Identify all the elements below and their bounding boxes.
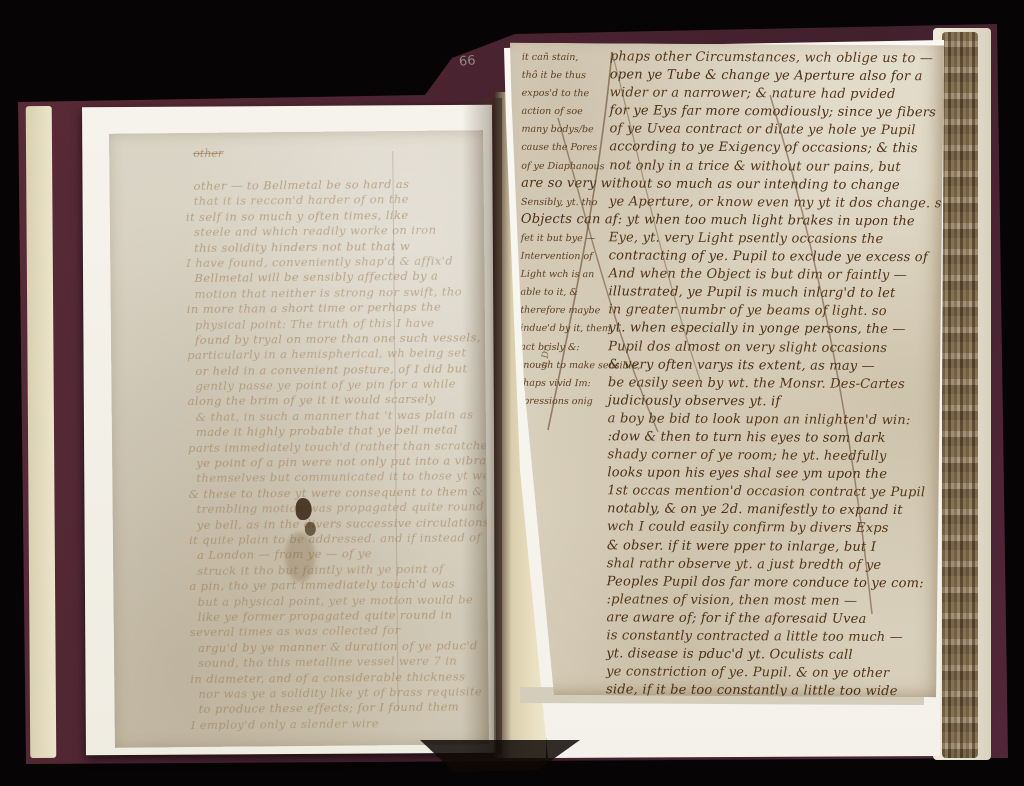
line-text: :dow & then to turn his eyes to som dark [608,429,886,446]
left-text-block: other — to Bellmetal be so hard asthat i… [110,176,489,734]
margin-note: act brisly &: [520,341,608,353]
margin-note: fet it but bye — [521,233,609,245]
line-text: Pupil dos almost on very slight occasion… [608,339,887,356]
line-text: wch I could easily confirm by divers Exp… [607,520,889,537]
manuscript-photo: other other — to Bellmetal be so hard as… [0,0,1024,786]
line-text: phaps other Circumstances, wch oblige us… [610,49,933,66]
margin-note: Intervention of [521,251,609,263]
margin-note [520,440,608,441]
margin-note: Sensibly, yt. tho [521,197,609,209]
margin-note: of ye Diaphanous [521,160,609,172]
margin-note: action of soe [522,106,610,118]
line-text: Objects can af: yt when too much light b… [521,212,915,229]
margin-note: many bodys/be [521,124,609,136]
line-text: Eye, yt. very Light psently occasions th… [609,230,884,247]
left-heading-struck: other [193,147,223,160]
line-text: 1st occas mention'd occasion contract ye… [607,484,925,501]
line-text: side, if it be too constantly a little t… [606,683,898,698]
margin-note: therefore maybe [520,305,608,317]
line-text: according to ye Exigency of occasions; &… [609,140,917,157]
line-text: :pleatnes of vision, then most men — [607,592,858,609]
line-text: in greater numbr of ye beams of light. s… [608,303,887,320]
manuscript-line-left: I employ'd only a slender wire [115,715,489,734]
line-text: be easily seen by wt. the Monsr. Des-Car… [608,375,905,392]
manuscript-line-right: side, if it be too constantly a little t… [518,682,938,697]
ink-blot [296,498,312,520]
margin-note: able to it, & [520,287,608,299]
margin-note: Light wch is an [521,269,609,281]
line-text: open ye Tube & change ye Aperture also f… [610,67,923,84]
line-text: & very often varys its extent, as may — [608,357,875,374]
line-text: shal rathr observe yt. a just bredth of … [607,556,882,573]
line-text: are aware of; for if the aforesaid Uvea [606,610,866,627]
line-text: judiciously observes yt. if [608,393,781,409]
margin-note: cause the Pores [521,142,609,154]
line-text: contracting of ye. Pupil to exclude ye e… [609,248,928,265]
line-text: looks upon his eyes shal see ym upon the [607,465,887,482]
line-text: wider or a narrower; & nature had pvided [610,85,896,102]
line-text: a boy be bid to look upon an inlighten'd… [608,411,911,428]
line-text: illustrated, ye Pupil is much inlarg'd t… [608,285,895,302]
ink-stain [285,532,315,582]
line-text: yt. disease is pduc'd yt. Oculists call [606,646,853,663]
gutter-margin-scribble: h Dr [540,346,552,367]
line-text: & obser. if it were pper to inlarge, but… [607,538,876,555]
margin-note [519,458,607,459]
line-text: notably, & on ye 2d. manifestly to expan… [607,502,903,519]
margin-note: expos'd to the [522,88,610,100]
line-text: of ye Uvea contract or dilate ye hole ye… [609,122,915,139]
line-text: And when the Object is but dim or faintl… [609,266,907,283]
margin-note: it cañ stain, [522,52,610,64]
margin-note: indue'd by it, them [520,323,608,335]
margin-note: :pressions onig [520,396,608,408]
margin-note: thô it be thus [522,70,610,82]
line-text: yt. when especially in yonge persons, th… [608,321,905,338]
right-text-block: it cañ stain,phaps other Circumstances, … [518,49,942,698]
margin-note: :haps vivid Im: [520,377,608,389]
right-manuscript-leaf: it cañ stain,phaps other Circumstances, … [506,43,944,698]
line-text: Peoples Pupil dos far more conduce to ye… [607,574,924,591]
folio-number: 66 [458,53,476,69]
line-text: are so very without so much as our inten… [521,175,900,192]
line-text: is constantly contracted a little too mu… [606,628,903,645]
margin-note: h [520,414,608,426]
line-text: ye constriction of ye. Pupil. & on ye ot… [606,664,889,681]
line-text: shady corner of ye room; he yt. heedfull… [607,447,886,464]
left-manuscript-leaf: other other — to Bellmetal be so hard as… [109,130,489,748]
line-text: for ye Eys far more comodiously; since y… [610,104,937,121]
line-text: not only in a trice & without our pains,… [609,158,901,175]
bottom-gutter-shadow [420,740,580,774]
line-text: ye Aperture, or know even my yt it dos c… [609,194,944,211]
gutter-shadow [462,98,502,754]
margin-note: :nough to make sensible, [520,359,608,371]
right-deckled-fore-edge [942,32,978,758]
